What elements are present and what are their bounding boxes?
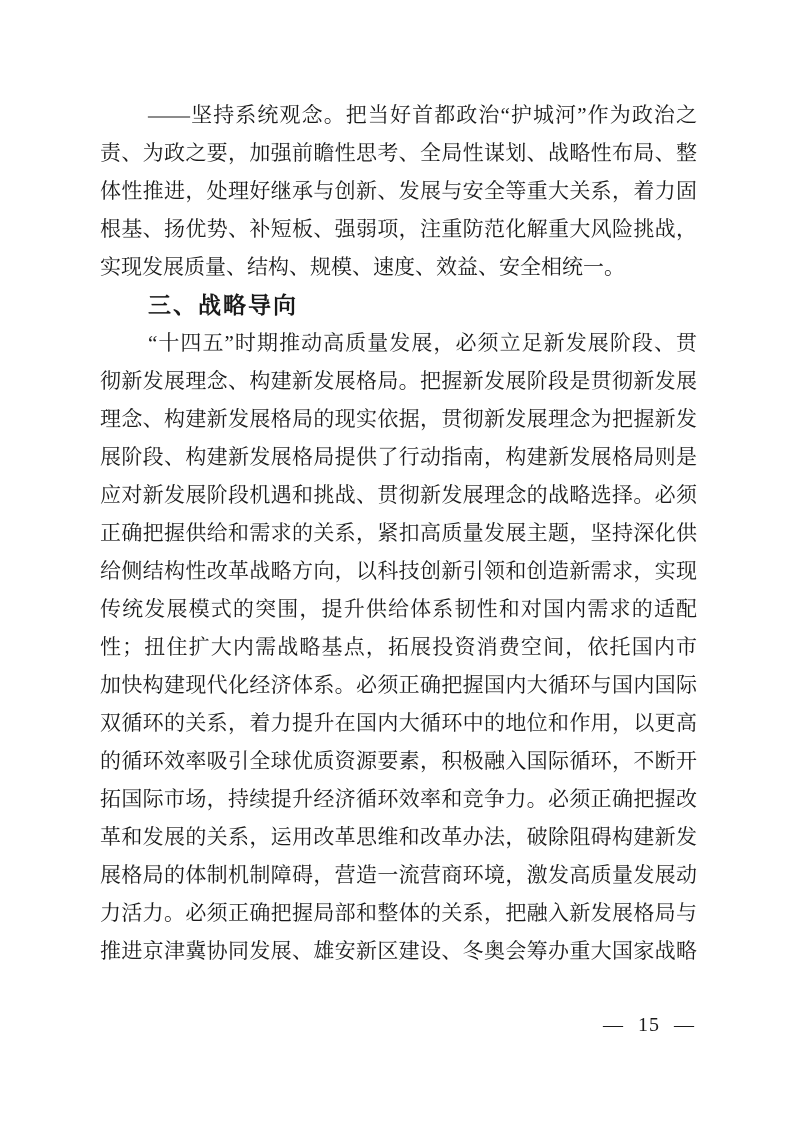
text-line: 传统发展模式的突围，提升供给体系韧性和对国内需求的适配 bbox=[100, 590, 697, 628]
text-line: 推进京津冀协同发展、雄安新区建设、冬奥会筹办重大国家战略 bbox=[100, 932, 697, 970]
paragraph-first-line: ——坚持系统观念。把当好首都政治“护城河”作为政治之 bbox=[100, 96, 697, 134]
text-line: 应对新发展阶段机遇和挑战、贯彻新发展理念的战略选择。必须 bbox=[100, 476, 697, 514]
page-body: ——坚持系统观念。把当好首都政治“护城河”作为政治之 责、为政之要，加强前瞻性思… bbox=[100, 96, 697, 970]
text-line: 责、为政之要，加强前瞻性思考、全局性谋划、战略性布局、整 bbox=[100, 134, 697, 172]
text-line: 力活力。必须正确把握局部和整体的关系，把融入新发展格局与 bbox=[100, 894, 697, 932]
text-line: 加快构建现代化经济体系。必须正确把握国内大循环与国内国际 bbox=[100, 666, 697, 704]
text-line: 双循环的关系，着力提升在国内大循环中的地位和作用，以更高 bbox=[100, 704, 697, 742]
text-line: 拓国际市场，持续提升经济循环效率和竞争力。必须正确把握改 bbox=[100, 780, 697, 818]
text-line: 性；扭住扩大内需战略基点，拓展投资消费空间，依托国内市场， bbox=[100, 628, 697, 666]
text-line: 的循环效率吸引全球优质资源要素，积极融入国际循环，不断开 bbox=[100, 742, 697, 780]
text-line: 革和发展的关系，运用改革思维和改革办法，破除阻碍构建新发 bbox=[100, 818, 697, 856]
paragraph-first-line: “十四五”时期推动高质量发展，必须立足新发展阶段、贯 bbox=[100, 324, 697, 362]
text-line: 体性推进，处理好继承与创新、发展与安全等重大关系，着力固 bbox=[100, 172, 697, 210]
document-page: ——坚持系统观念。把当好首都政治“护城河”作为政治之 责、为政之要，加强前瞻性思… bbox=[0, 0, 794, 1123]
text-line: 展格局的体制机制障碍，营造一流营商环境，激发高质量发展动 bbox=[100, 856, 697, 894]
text-line: 给侧结构性改革战略方向，以科技创新引领和创造新需求，实现 bbox=[100, 552, 697, 590]
line-text: 把当好首都政治“护城河”作为政治之 bbox=[346, 103, 697, 127]
paragraph-last-line: 实现发展质量、结构、规模、速度、效益、安全相统一。 bbox=[100, 248, 697, 286]
text-line: 正确把握供给和需求的关系，紧扣高质量发展主题，坚持深化供 bbox=[100, 514, 697, 552]
page-number: — 15 — bbox=[603, 1008, 695, 1042]
section-heading: 三、战略导向 bbox=[100, 286, 697, 324]
paragraph-lead-phrase: ——坚持系统观念。 bbox=[148, 103, 346, 127]
text-line: 理念、构建新发展格局的现实依据，贯彻新发展理念为把握新发 bbox=[100, 400, 697, 438]
text-line: 展阶段、构建新发展格局提供了行动指南，构建新发展格局则是 bbox=[100, 438, 697, 476]
text-line: 根基、扬优势、补短板、强弱项，注重防范化解重大风险挑战， bbox=[100, 210, 697, 248]
text-line: 彻新发展理念、构建新发展格局。把握新发展阶段是贯彻新发展 bbox=[100, 362, 697, 400]
